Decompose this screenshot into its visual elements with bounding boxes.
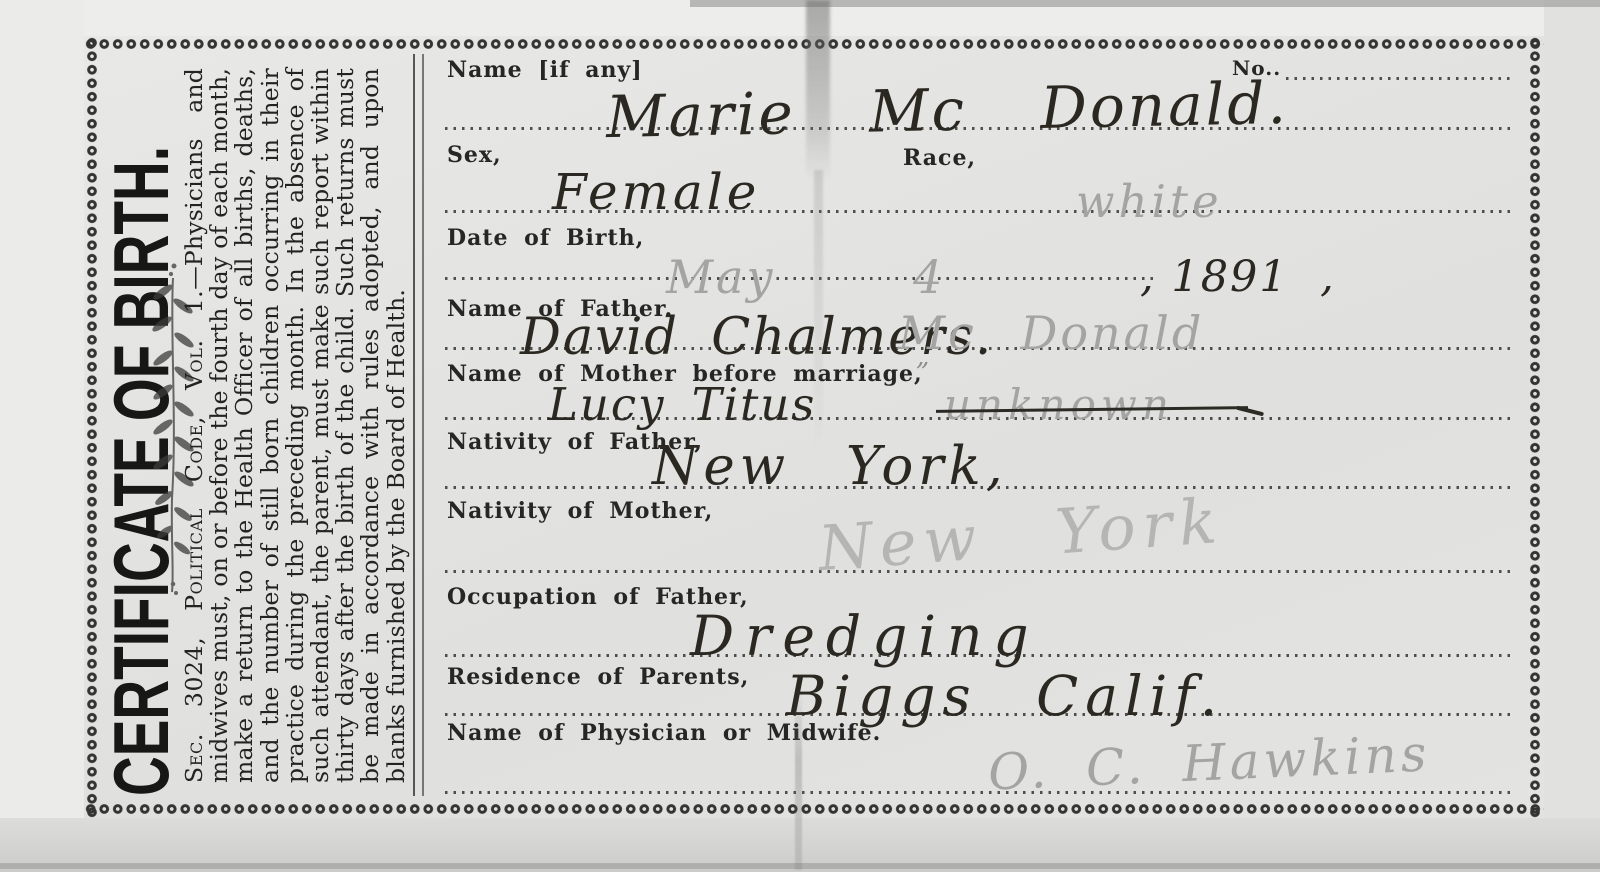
date-of-birth-label: Date of Birth, bbox=[447, 226, 644, 250]
ditto-mark: „ bbox=[916, 342, 929, 372]
chain-border-bottom bbox=[84, 801, 1544, 817]
statute-lead: Sec. 3024, Political Code, Vol. 1. bbox=[180, 290, 208, 783]
certificate-scan-page: CERTIFICATE OF BIRTH. Sec. 3024, Polit bbox=[0, 0, 1600, 872]
name-label: Name [if any] bbox=[447, 58, 643, 82]
number-rule-line bbox=[1286, 77, 1512, 80]
race-label: Race, bbox=[903, 146, 976, 170]
residence-label: Residence of Parents, bbox=[447, 665, 749, 689]
fold-crease-top-tail bbox=[814, 170, 823, 450]
statute-body: —Physicians and midwives must, on or bef… bbox=[180, 68, 410, 783]
mother-name-entry: Lucy Titus bbox=[548, 378, 816, 431]
scan-margin-right bbox=[1544, 0, 1600, 820]
name-entry: Marie Mc Donald. bbox=[605, 69, 1289, 151]
birth-date-entry-pencil: May 4 bbox=[666, 250, 945, 304]
fold-crease-bottom bbox=[795, 688, 802, 870]
fold-crease-top bbox=[806, 0, 830, 180]
birth-year-entry: , 1891 , bbox=[1140, 252, 1336, 302]
statute-paragraph-rotated: Sec. 3024, Political Code, Vol. 1.—Physi… bbox=[182, 68, 412, 783]
nativity-mother-label: Nativity of Mother, bbox=[447, 499, 713, 523]
stub-separator-line-outer bbox=[413, 54, 415, 796]
occupation-entry: Dredging bbox=[690, 604, 1040, 668]
scan-margin-left bbox=[0, 0, 84, 820]
nativity-father-entry: New York, bbox=[652, 436, 1008, 497]
mother-struck-word-pencil: unknown bbox=[944, 380, 1174, 429]
physician-rule-line bbox=[445, 791, 1515, 794]
stub-separator-line-inner bbox=[422, 54, 424, 796]
chain-border-right bbox=[1527, 36, 1543, 818]
father-surname-pencil: Mc Donald bbox=[898, 306, 1204, 360]
chain-border-left bbox=[84, 36, 100, 818]
sex-entry: Female bbox=[552, 163, 760, 221]
race-entry-pencil: white bbox=[1076, 175, 1223, 228]
residence-entry: Biggs Calif. bbox=[786, 664, 1224, 728]
sex-label: Sex, bbox=[447, 143, 502, 167]
